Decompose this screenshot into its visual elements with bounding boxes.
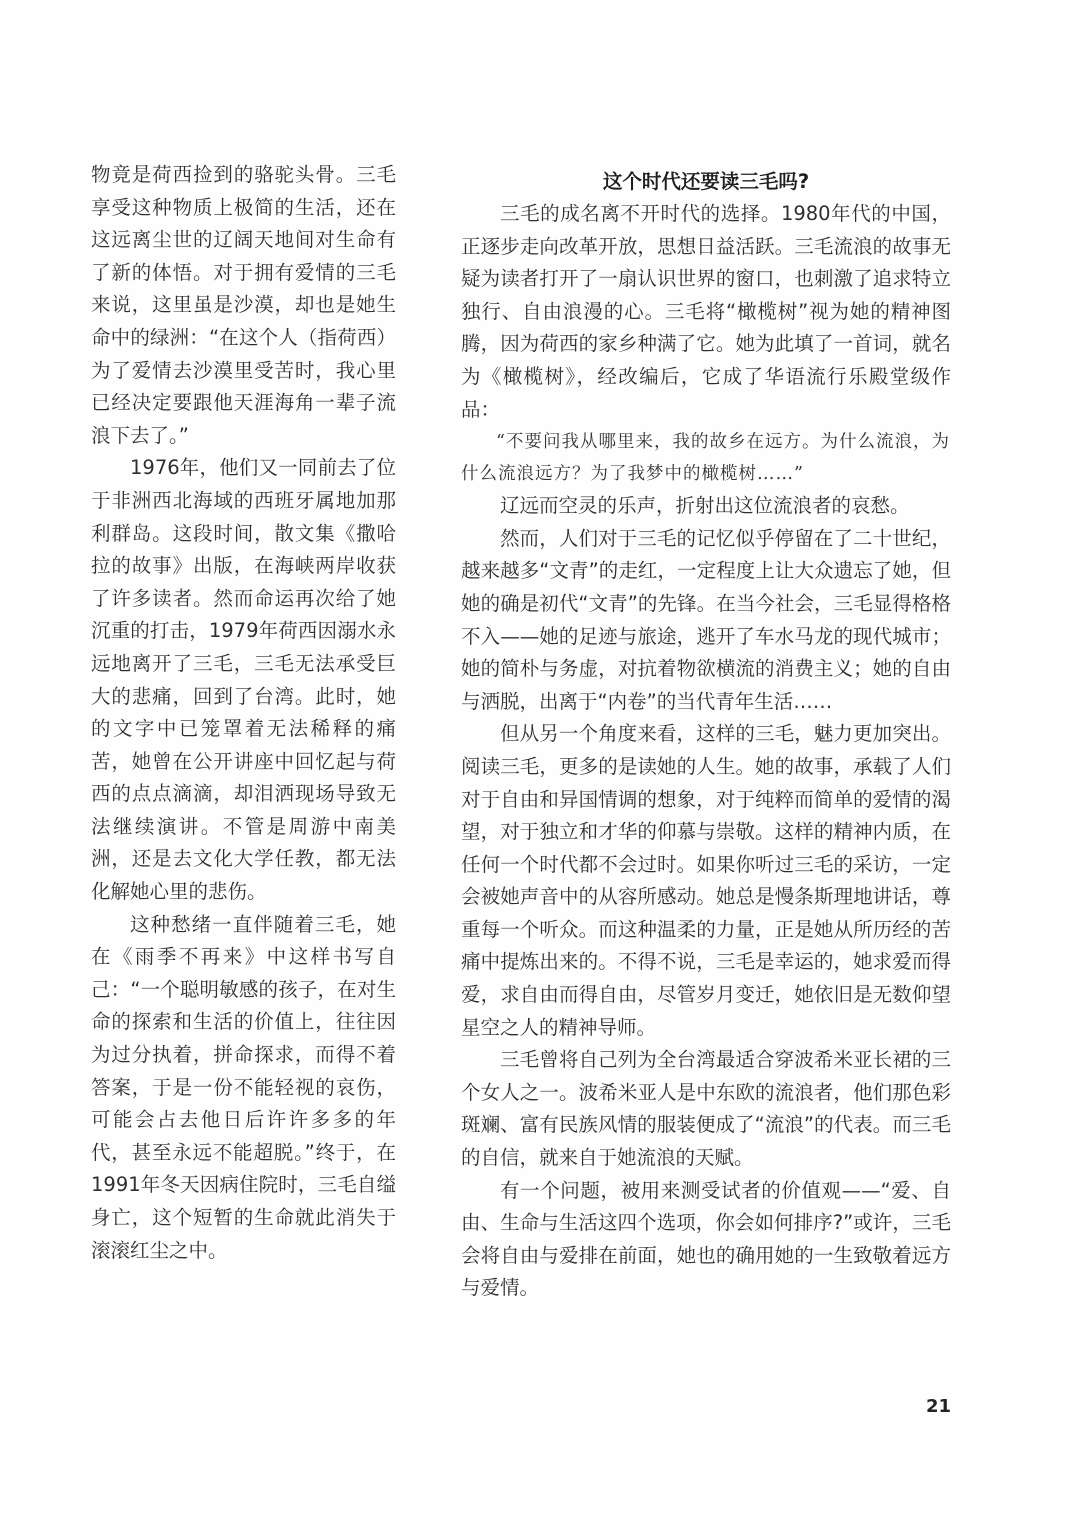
olive-tree-lyrics-quote: “不要问我从哪里来，我的故乡在远方。为什么流浪，为什么流浪远方？为了我梦中的橄榄… [461, 426, 951, 490]
paragraph-bohemian: 三毛曾将自己列为全台湾最适合穿波希米亚长裙的三个女人之一。波希米亚人是中东欧的流… [461, 1044, 951, 1174]
paragraph-values-question: 有一个问题，被用来测受试者的价值观——“爱、自由、生命与生活这四个选项，你会如何… [461, 1175, 951, 1305]
section-heading: 这个时代还要读三毛吗? [461, 166, 951, 198]
paragraph-music: 辽远而空灵的乐声，折射出这位流浪者的哀愁。 [461, 490, 951, 523]
paragraph-sahara-life: 物竟是荷西捡到的骆驼头骨。三毛享受这种物质上极简的生活，还在这远离尘世的辽阔天地… [91, 159, 396, 452]
paragraph-sorrow: 这种愁绪一直伴随着三毛，她在《雨季不再来》中这样书写自己：“一个聪明敏感的孩子，… [91, 909, 396, 1268]
paragraph-canary-islands: 1976年，他们又一同前去了位于非洲西北海域的西班牙属地加那利群岛。这段时间，散… [91, 452, 396, 908]
left-column: 物竟是荷西捡到的骆驼头骨。三毛享受这种物质上极简的生活，还在这远离尘世的辽阔天地… [91, 159, 396, 1267]
page-number: 21 [926, 1396, 951, 1417]
paragraph-memory: 然而，人们对于三毛的记忆似乎停留在了二十世纪，越来越多“文青”的走红，一定程度上… [461, 523, 951, 719]
right-column: 这个时代还要读三毛吗? 三毛的成名离不开时代的选择。1980年代的中国，正逐步走… [461, 166, 951, 1305]
paragraph-charm: 但从另一个角度来看，这样的三毛，魅力更加突出。阅读三毛，更多的是读她的人生。她的… [461, 718, 951, 1044]
magazine-page: 物竟是荷西捡到的骆驼头骨。三毛享受这种物质上极简的生活，还在这远离尘世的辽阔天地… [0, 0, 1080, 1519]
paragraph-era-choice: 三毛的成名离不开时代的选择。1980年代的中国，正逐步走向改革开放，思想日益活跃… [461, 198, 951, 426]
